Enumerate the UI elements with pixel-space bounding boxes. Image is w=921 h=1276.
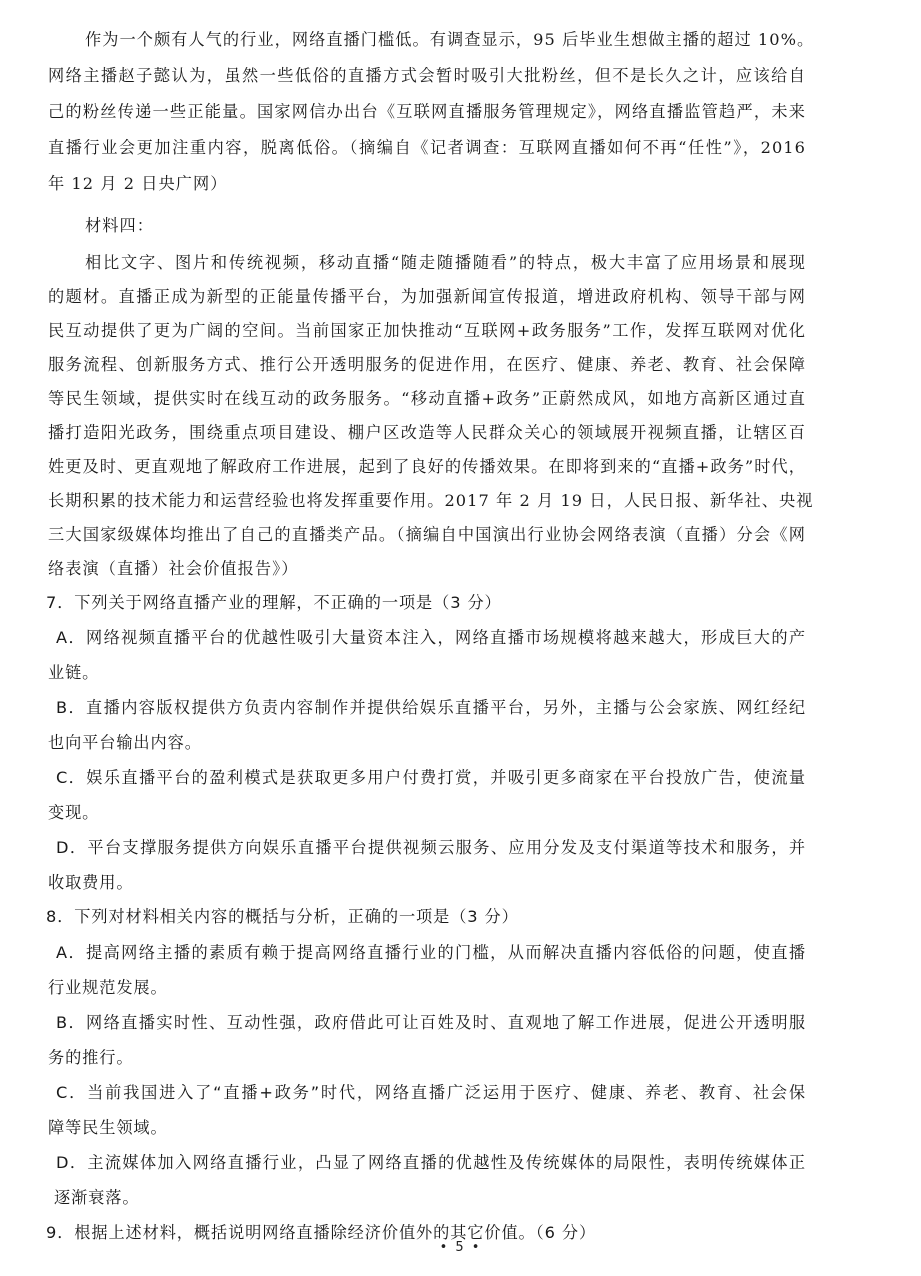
option-line: A．提高网络主播的素质有赖于提高网络直播行业的门槛，从而解决直播内容低俗的问题，… bbox=[56, 943, 806, 963]
paragraph-line: 作为一个颇有人气的行业，网络直播门槛低。有调查显示，95 后毕业生想做主播的超过… bbox=[85, 30, 806, 50]
paragraph-line: 络表演（直播）社会价值报告》） bbox=[48, 559, 298, 579]
option-line: 逐渐衰落。 bbox=[54, 1188, 139, 1208]
option-line: 变现。 bbox=[48, 803, 99, 823]
option-line: B．直播内容版权提供方负责内容制作并提供给娱乐直播平台，另外，主播与公会家族、网… bbox=[56, 698, 806, 718]
paragraph-line: 长期积累的技术能力和运营经验也将发挥重要作用。2017 年 2 月 19 日，人… bbox=[48, 491, 806, 511]
page-number: • 5 • bbox=[0, 1240, 921, 1255]
paragraph-line: 的题材。直播正成为新型的正能量传播平台，为加强新闻宣传报道，增进政府机构、领导干… bbox=[48, 287, 806, 307]
paragraph-line: 网络主播赵子懿认为，虽然一些低俗的直播方式会暂时吸引大批粉丝，但不是长久之计，应… bbox=[48, 66, 806, 86]
option-line: D．平台支撑服务提供方向娱乐直播平台提供视频云服务、应用分发及支付渠道等技术和服… bbox=[56, 838, 806, 858]
material-four-heading: 材料四： bbox=[85, 216, 154, 236]
paragraph-line: 三大国家级媒体均推出了自己的直播类产品。（摘编自中国演出行业协会网络表演（直播）… bbox=[48, 525, 806, 545]
question-stem: 7．下列关于网络直播产业的理解，不正确的一项是（3 分） bbox=[46, 593, 502, 613]
option-line: 业链。 bbox=[48, 663, 99, 683]
option-line: 行业规范发展。 bbox=[48, 978, 168, 998]
option-line: 也向平台输出内容。 bbox=[48, 733, 202, 753]
paragraph-line: 民互动提供了更为广阔的空间。当前国家正加快推动“互联网+政务服务”工作，发挥互联… bbox=[48, 321, 806, 341]
paragraph-line: 直播行业会更加注重内容，脱离低俗。（摘编自《记者调查：互联网直播如何不再“任性”… bbox=[48, 138, 806, 158]
paragraph-line: 年 12 月 2 日央广网） bbox=[48, 174, 228, 194]
paragraph-line: 相比文字、图片和传统视频，移动直播“随走随播随看”的特点，极大丰富了应用场景和展… bbox=[85, 253, 806, 273]
option-line: D．主流媒体加入网络直播行业，凸显了网络直播的优越性及传统媒体的局限性，表明传统… bbox=[56, 1153, 806, 1173]
paragraph-line: 己的粉丝传递一些正能量。国家网信办出台《互联网直播服务管理规定》，网络直播监管趋… bbox=[48, 102, 806, 122]
paragraph-line: 姓更及时、更直观地了解政府工作进展，起到了良好的传播效果。在即将到来的“直播+政… bbox=[48, 457, 806, 477]
option-line: C．娱乐直播平台的盈利模式是获取更多用户付费打赏，并吸引更多商家在平台投放广告，… bbox=[56, 768, 806, 788]
paragraph-line: 等民生领域，提供实时在线互动的政务服务。“移动直播+政务”正蔚然成风，如地方高新… bbox=[48, 389, 806, 409]
question-stem: 8．下列对材料相关内容的概括与分析，正确的一项是（3 分） bbox=[46, 907, 519, 927]
option-line: C．当前我国进入了“直播+政务”时代，网络直播广泛运用于医疗、健康、养老、教育、… bbox=[56, 1083, 806, 1103]
option-line: B．网络直播实时性、互动性强，政府借此可让百姓及时、直观地了解工作进展，促进公开… bbox=[56, 1013, 806, 1033]
option-line: A．网络视频直播平台的优越性吸引大量资本注入，网络直播市场规模将越来越大，形成巨… bbox=[56, 628, 806, 648]
option-line: 务的推行。 bbox=[48, 1048, 133, 1068]
option-line: 收取费用。 bbox=[48, 873, 133, 893]
paragraph-line: 服务流程、创新服务方式、推行公开透明服务的促进作用，在医疗、健康、养老、教育、社… bbox=[48, 355, 806, 375]
paragraph-line: 播打造阳光政务，围绕重点项目建设、棚户区改造等人民群众关心的领域展开视频直播，让… bbox=[48, 423, 806, 443]
option-line: 障等民生领域。 bbox=[48, 1118, 168, 1138]
